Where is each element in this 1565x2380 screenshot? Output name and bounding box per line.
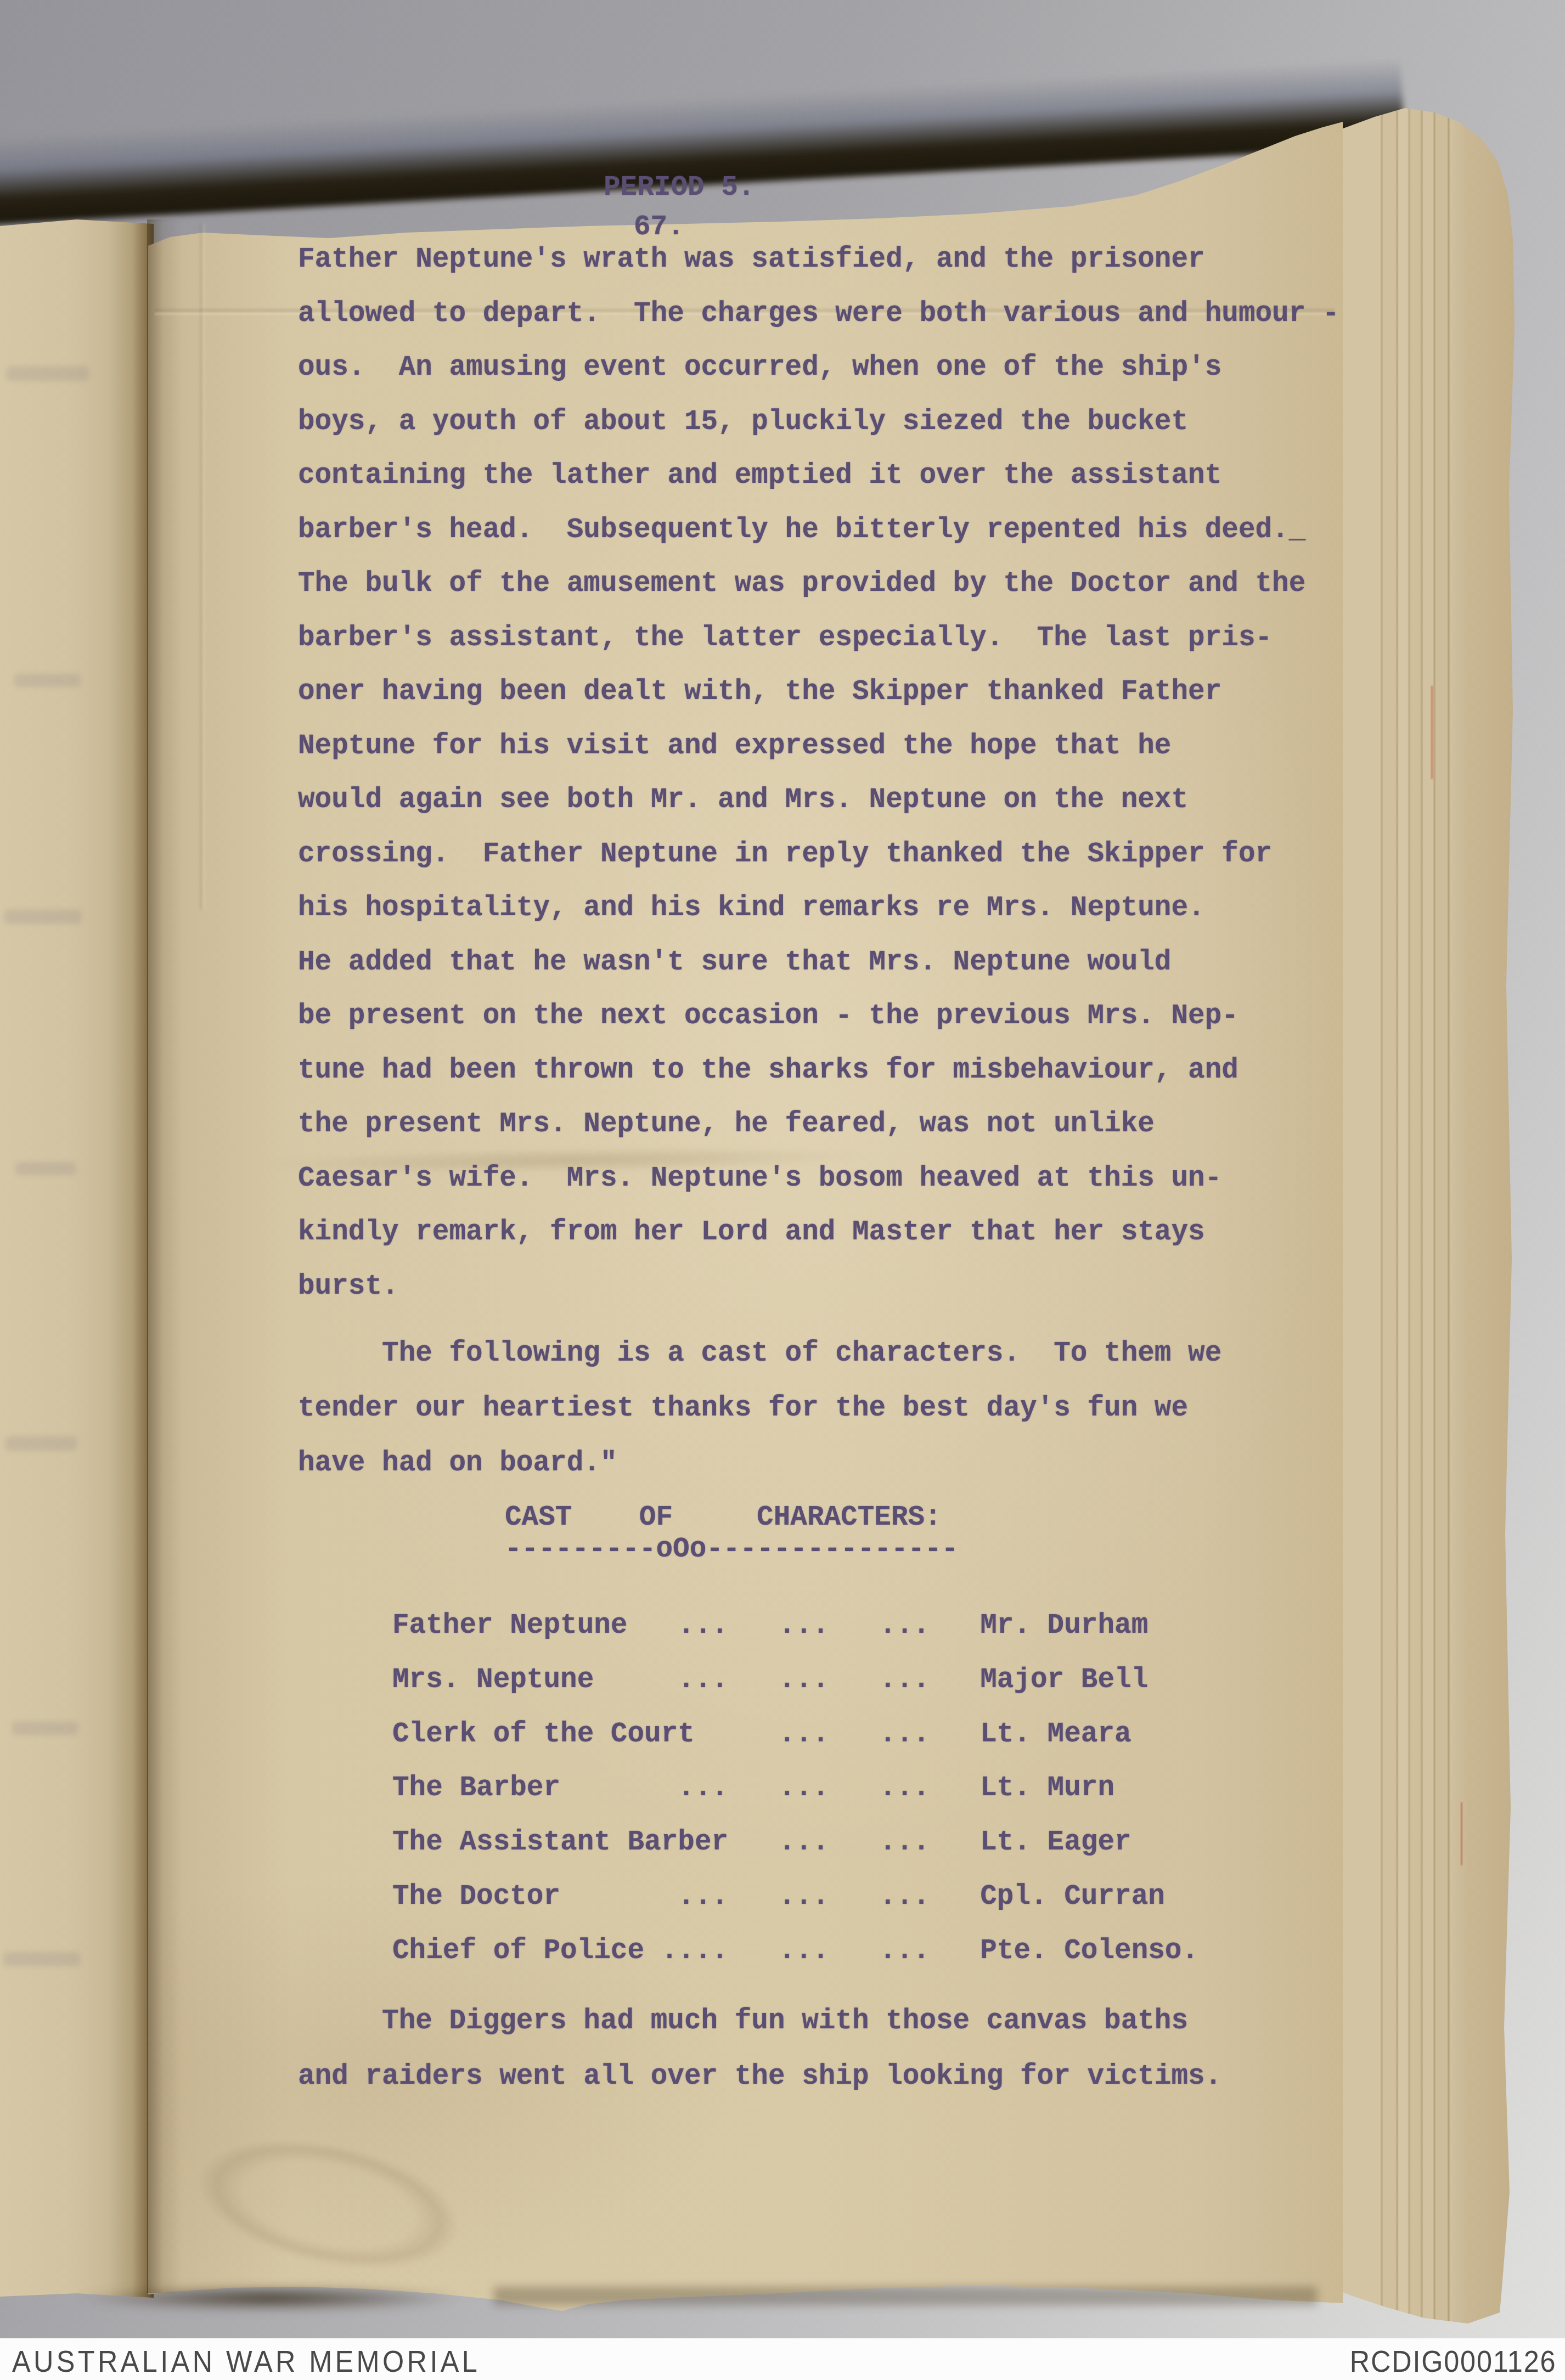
typed-text-line: Neptune for his visit and expressed the … bbox=[298, 720, 1339, 774]
typed-text-line: The bulk of the amusement was provided b… bbox=[298, 557, 1339, 612]
typed-text-line: ous. An amusing event occurred, when one… bbox=[298, 341, 1339, 396]
typed-text-line: allowed to depart. The charges were both… bbox=[298, 287, 1339, 342]
cast-row: Mrs. Neptune ... ... ... Major Bell bbox=[392, 1654, 1198, 1708]
paragraph-diggers: The Diggers had much fun with those canv… bbox=[298, 1994, 1221, 2105]
cast-row: Father Neptune ... ... ... Mr. Durham bbox=[392, 1599, 1198, 1654]
typed-text-line: be present on the next occasion - the pr… bbox=[298, 990, 1339, 1044]
cast-list: Father Neptune ... ... ... Mr. DurhamMrs… bbox=[392, 1599, 1198, 1979]
cast-role: The Barber bbox=[392, 1773, 560, 1804]
typed-text-line: He added that he wasn't sure that Mrs. N… bbox=[298, 936, 1339, 990]
page-edges-stack bbox=[1342, 107, 1515, 2326]
typed-text-line: tune had been thrown to the sharks for m… bbox=[298, 1044, 1339, 1098]
archive-footer-bar: AUSTRALIAN WAR MEMORIAL RCDIG0001126 bbox=[0, 2338, 1565, 2380]
typed-text-line: Caesar's wife. Mrs. Neptune's bosom heav… bbox=[298, 1152, 1339, 1206]
paper-fold-crease bbox=[200, 224, 206, 910]
cast-row: Chief of Police .... ... ... Pte. Colens… bbox=[392, 1925, 1198, 1979]
ink-bleed-mark bbox=[5, 1436, 77, 1451]
cast-role: The Doctor bbox=[392, 1881, 560, 1913]
page-bottom-shadow bbox=[27, 2282, 510, 2314]
cast-leader-dots: ... ... ... bbox=[627, 1610, 980, 1642]
typed-text-line: tender our heartiest thanks for the best… bbox=[298, 1381, 1221, 1436]
cast-leader-dots: ... ... bbox=[728, 1827, 980, 1858]
archive-reference-id: RCDIG0001126 bbox=[1350, 2343, 1556, 2379]
paragraph-cast-intro: The following is a cast of characters. T… bbox=[298, 1327, 1221, 1491]
cast-role: Chief of Police bbox=[392, 1936, 644, 1967]
cast-role: Mrs. Neptune bbox=[392, 1665, 594, 1696]
cast-leader-dots: ... ... ... bbox=[560, 1881, 980, 1913]
cast-heading-divider: ---------oOo--------------- bbox=[505, 1522, 958, 1577]
cast-actor: Lt. Eager bbox=[980, 1827, 1131, 1858]
cast-actor: Major Bell bbox=[980, 1665, 1148, 1696]
archive-name: AUSTRALIAN WAR MEMORIAL bbox=[12, 2343, 480, 2379]
cast-row: Clerk of the Court ... ... Lt. Meara bbox=[392, 1708, 1198, 1762]
typed-text-line: Father Neptune's wrath was satisfied, an… bbox=[298, 233, 1339, 287]
ink-bleed-mark bbox=[14, 674, 80, 687]
cast-row: The Doctor ... ... ... Cpl. Curran bbox=[392, 1870, 1198, 1925]
page-bottom-shadow bbox=[494, 2287, 1317, 2305]
cast-leader-dots: ... ... ... bbox=[594, 1665, 980, 1696]
typed-text-line: have had on board." bbox=[298, 1436, 1221, 1491]
cast-actor: Lt. Murn bbox=[980, 1773, 1114, 1804]
cast-row: The Barber ... ... ... Lt. Murn bbox=[392, 1762, 1198, 1816]
ink-bleed-mark bbox=[3, 1952, 80, 1966]
cast-leader-dots: ... ... ... bbox=[560, 1773, 980, 1804]
cast-actor: Cpl. Curran bbox=[980, 1881, 1165, 1913]
cast-row: The Assistant Barber ... ... Lt. Eager bbox=[392, 1816, 1198, 1870]
typed-text-line: the present Mrs. Neptune, he feared, was… bbox=[298, 1098, 1339, 1152]
typed-text-line: barber's assistant, the latter especiall… bbox=[298, 612, 1339, 666]
ink-bleed-mark bbox=[7, 366, 89, 381]
typed-text-line: barber's head. Subsequently he bitterly … bbox=[298, 504, 1339, 558]
typed-text-line: his hospitality, and his kind remarks re… bbox=[298, 882, 1339, 936]
cast-actor: Pte. Colenso. bbox=[980, 1936, 1198, 1967]
cast-actor: Lt. Meara bbox=[980, 1719, 1131, 1750]
typed-text-line: would again see both Mr. and Mrs. Neptun… bbox=[298, 774, 1339, 828]
typed-text-line: The following is a cast of characters. T… bbox=[298, 1327, 1221, 1381]
ink-bleed-mark bbox=[4, 910, 81, 924]
cast-actor: Mr. Durham bbox=[980, 1610, 1148, 1642]
typed-text-line: kindly remark, from her Lord and Master … bbox=[298, 1206, 1339, 1260]
previous-page-edge bbox=[0, 218, 154, 2298]
cast-role: Clerk of the Court bbox=[392, 1719, 695, 1750]
red-ruled-line-mark bbox=[1431, 686, 1433, 779]
typed-text-line: boys, a youth of about 15, pluckily siez… bbox=[298, 396, 1339, 450]
paragraph-neptune-ceremony: Father Neptune's wrath was satisfied, an… bbox=[298, 233, 1339, 1314]
ink-bleed-mark bbox=[15, 1162, 76, 1175]
cast-leader-dots: ... ... bbox=[695, 1719, 980, 1750]
typed-text-line: burst. bbox=[298, 1260, 1339, 1315]
typed-text-line: and raiders went all over the ship looki… bbox=[298, 2050, 1221, 2105]
red-ruled-line-mark bbox=[1461, 1802, 1462, 1865]
typed-text-line: The Diggers had much fun with those canv… bbox=[298, 1994, 1221, 2050]
gutter-shadow bbox=[147, 219, 182, 2293]
typed-text-line: crossing. Father Neptune in reply thanke… bbox=[298, 828, 1339, 882]
cast-leader-dots: .... ... ... bbox=[644, 1936, 980, 1967]
typed-text-line: containing the lather and emptied it ove… bbox=[298, 449, 1339, 504]
cast-role: The Assistant Barber bbox=[392, 1827, 728, 1858]
ink-bleed-mark bbox=[12, 1722, 78, 1735]
cast-role: Father Neptune bbox=[392, 1610, 627, 1642]
typed-text-line: oner having been dealt with, the Skipper… bbox=[298, 666, 1339, 720]
